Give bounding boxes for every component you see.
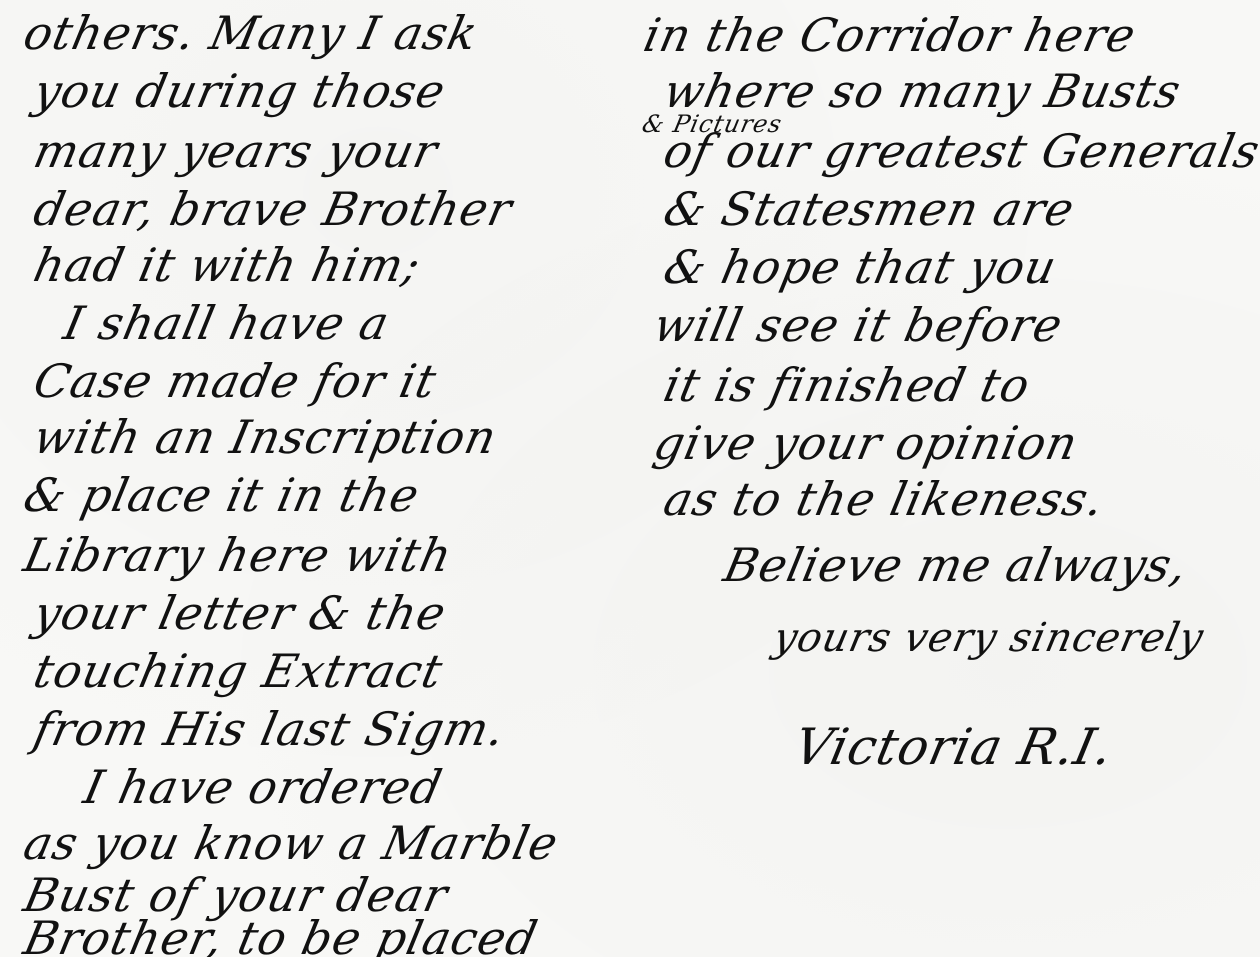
- left-line-6: I shall have a: [60, 300, 394, 346]
- left-line-13: from His last Sigm.: [30, 706, 510, 752]
- left-line-15: as you know a Marble: [20, 820, 562, 866]
- closing-salutation: Believe me always,: [720, 542, 1192, 588]
- letter-page: others. Many I ask you during those many…: [0, 0, 1260, 957]
- left-line-11: your letter & the: [30, 590, 450, 636]
- right-line-7: will see it before: [650, 302, 1067, 348]
- left-line-3: many years your: [30, 128, 442, 174]
- left-line-7: Case made for it: [30, 358, 441, 404]
- left-line-12: touching Extract: [30, 648, 447, 694]
- right-line-5: & Statesmen are: [660, 186, 1079, 232]
- left-line-4: dear, brave Brother: [30, 186, 517, 232]
- left-line-17: Brother, to be placed: [20, 915, 542, 957]
- right-line-10: as to the likeness.: [660, 476, 1108, 522]
- right-line-1: in the Corridor here: [640, 12, 1140, 58]
- left-line-14: I have ordered: [80, 764, 446, 810]
- right-line-4: of our greatest Generals: [660, 128, 1260, 174]
- right-line-9: give your opinion: [650, 420, 1082, 466]
- left-line-1: others. Many I ask: [20, 10, 482, 56]
- right-line-8: it is finished to: [660, 362, 1034, 408]
- left-line-5: had it with him;: [30, 242, 425, 288]
- closing-valediction: yours very sincerely: [770, 618, 1207, 658]
- left-line-2: you during those: [30, 68, 450, 114]
- left-line-8: with an Inscription: [30, 414, 501, 460]
- left-line-9: & place it in the: [20, 472, 424, 518]
- right-line-2: where so many Busts: [660, 68, 1185, 114]
- left-line-10: Library here with: [20, 532, 456, 578]
- signature: Victoria R.I.: [790, 722, 1118, 772]
- right-line-6: & hope that you: [660, 244, 1061, 290]
